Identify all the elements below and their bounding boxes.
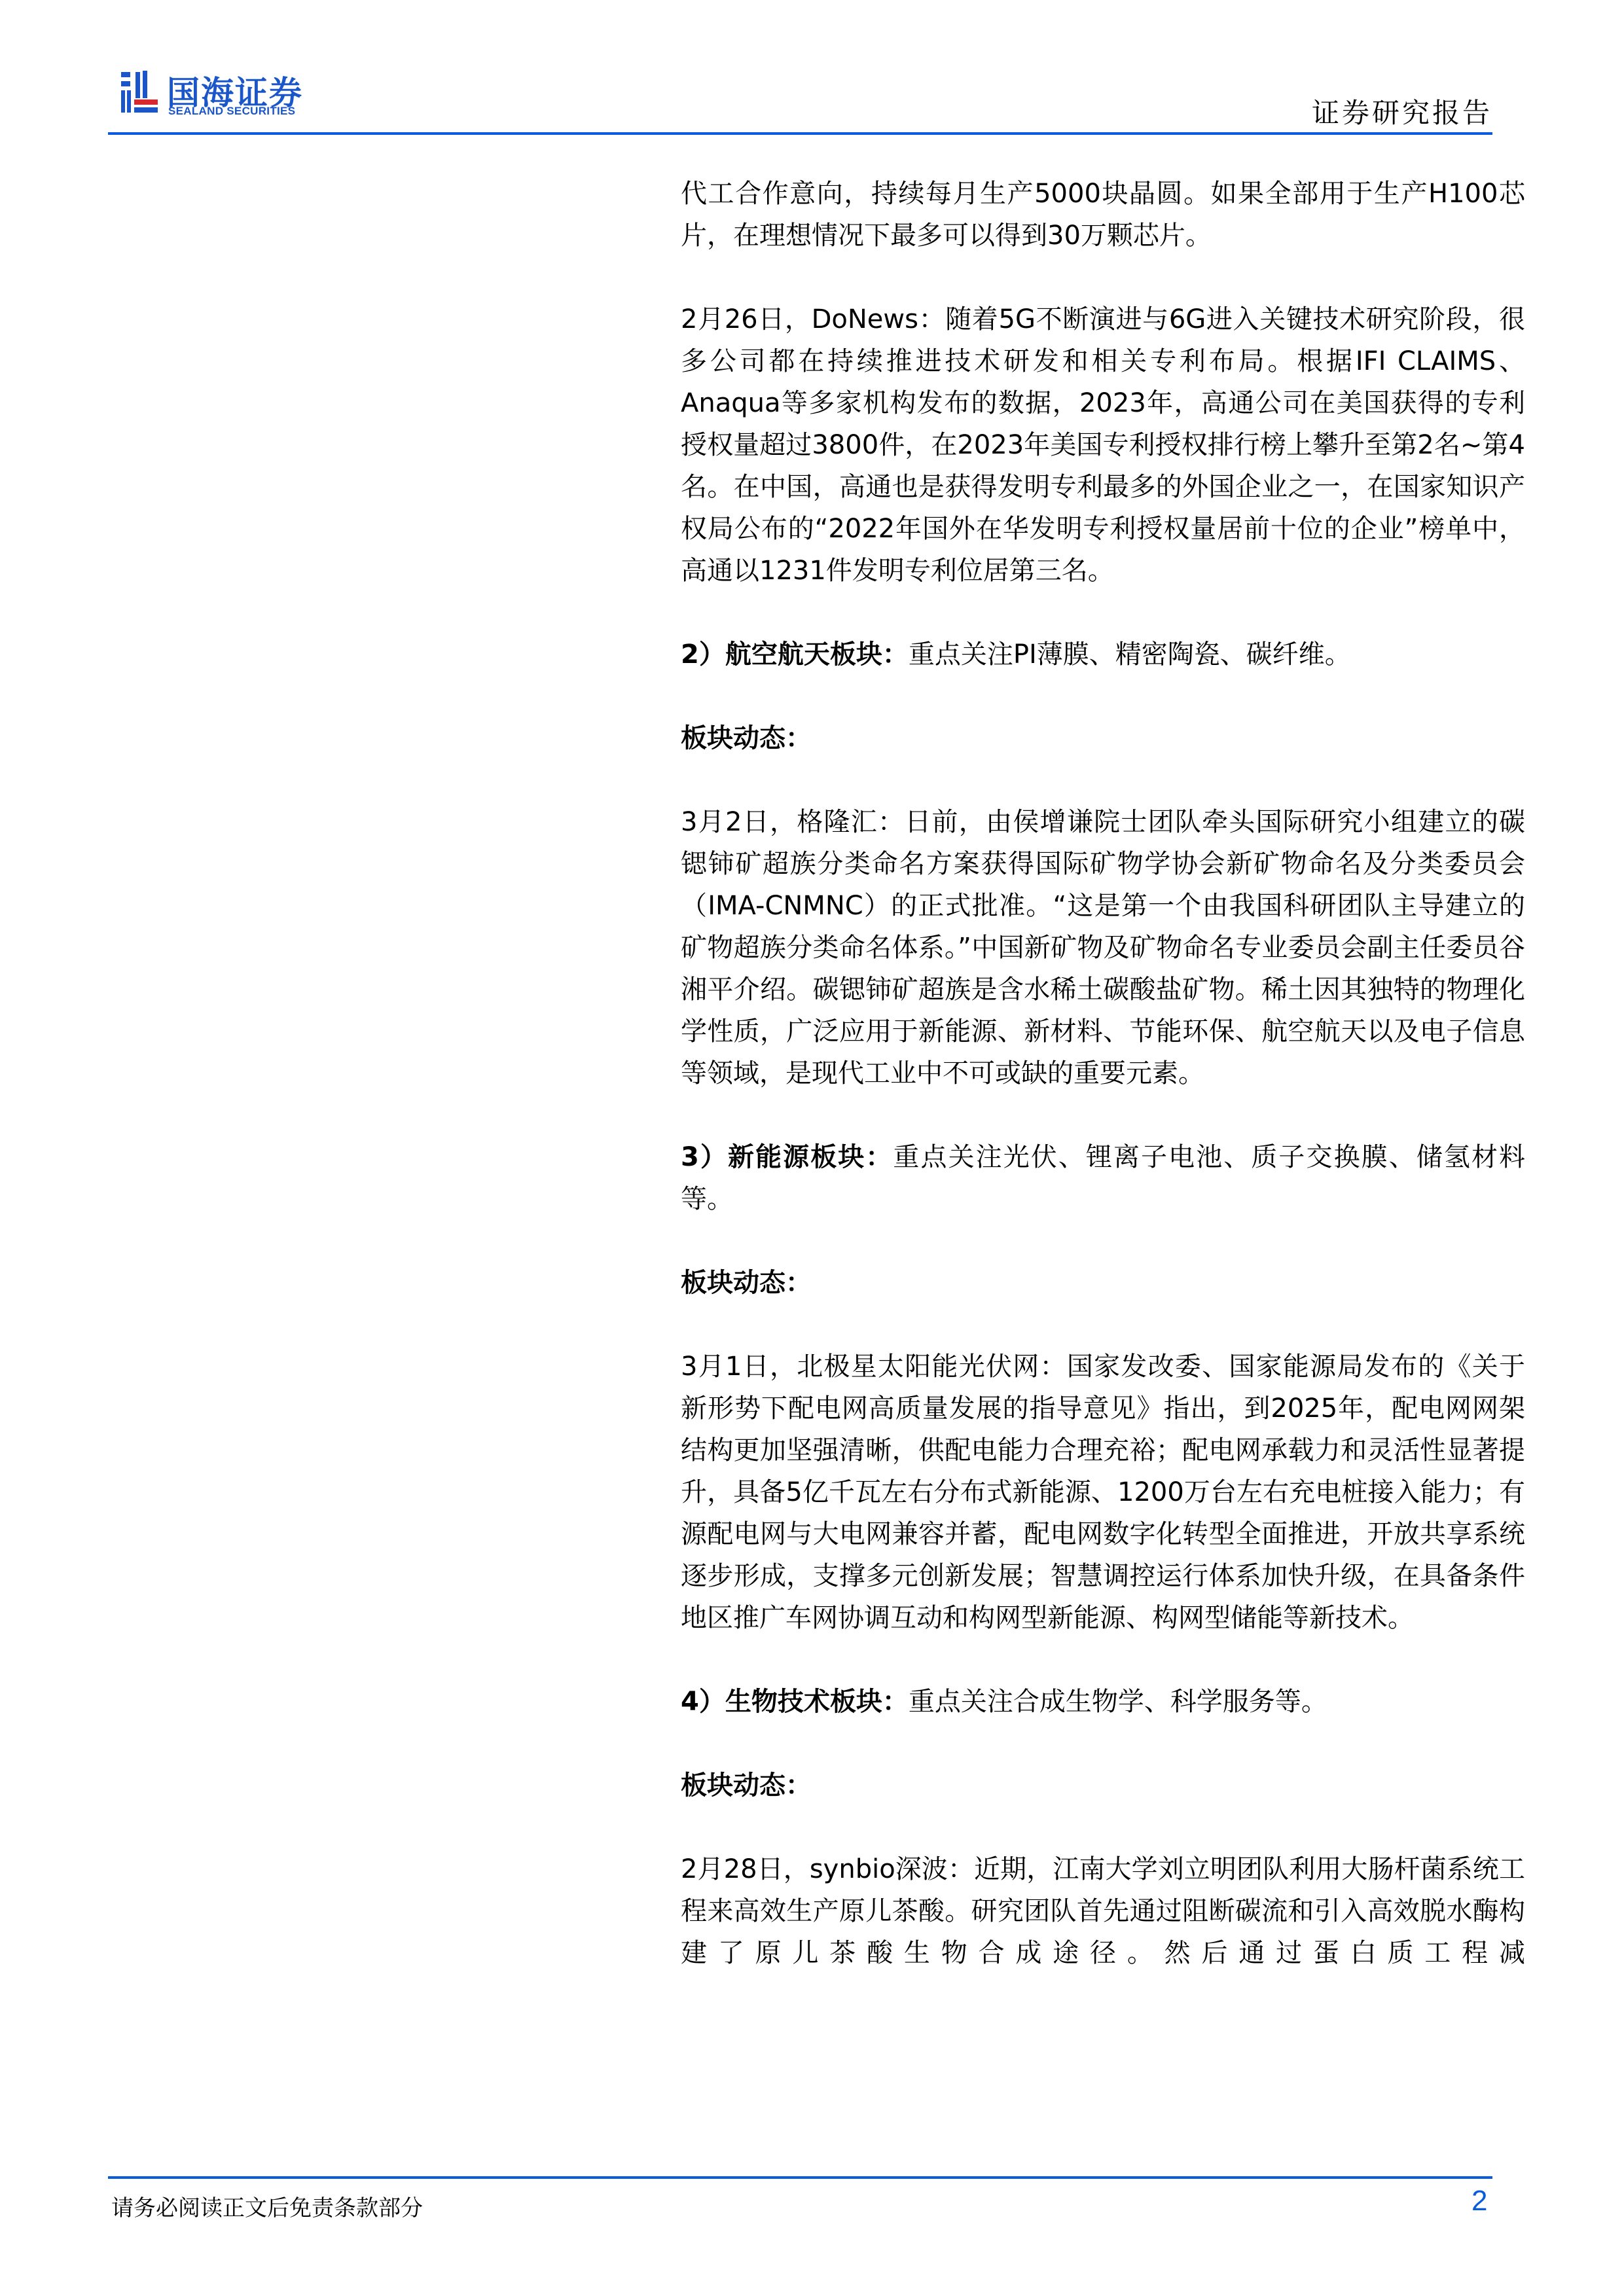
sector-dynamics-heading: 板块动态： (681, 1765, 1525, 1806)
sector-heading: 4）生物技术板块： (681, 1687, 909, 1717)
sector-heading: 2）航空航天板块： (681, 639, 909, 670)
sector-focus: 重点关注PI薄膜、精密陶瓷、碳纤维。 (909, 639, 1351, 670)
sector-dynamics-heading: 板块动态： (681, 717, 1525, 759)
company-logo: 国海证券 SEALAND SECURITIES (108, 71, 416, 123)
footer-divider (108, 2176, 1492, 2179)
report-body: 代工合作意向，持续每月生产5000块晶圆。如果全部用于生产H100芯片，在理想情… (681, 173, 1525, 2016)
logo-english-name: SEALAND SECURITIES (168, 105, 295, 118)
sector-new-energy: 3）新能源板块：重点关注光伏、锂离子电池、质子交换膜、储氢材料等。 (681, 1136, 1525, 1220)
sector-biotech: 4）生物技术板块：重点关注合成生物学、科学服务等。 (681, 1681, 1525, 1723)
report-type-title: 证券研究报告 (1312, 92, 1492, 131)
paragraph: 3月1日，北极星太阳能光伏网：国家发改委、国家能源局发布的《关于新形势下配电网高… (681, 1346, 1525, 1639)
disclaimer-note: 请务必阅读正文后免责条款部分 (111, 2190, 423, 2222)
paragraph: 2月28日，synbio深波：近期，江南大学刘立明团队利用大肠杆菌系统工程来高效… (681, 1848, 1525, 1974)
sector-aerospace: 2）航空航天板块：重点关注PI薄膜、精密陶瓷、碳纤维。 (681, 634, 1525, 675)
paragraph: 2月26日，DoNews：随着5G不断演进与6G进入关键技术研究阶段，很多公司都… (681, 298, 1525, 592)
page-number: 2 (1471, 2185, 1487, 2217)
paragraph: 代工合作意向，持续每月生产5000块晶圆。如果全部用于生产H100芯片，在理想情… (681, 173, 1525, 257)
paragraph: 3月2日，格隆汇：日前，由侯增谦院士团队牵头国际研究小组建立的碳锶铈矿超族分类命… (681, 801, 1525, 1094)
header-divider (108, 132, 1492, 135)
page-header: 国海证券 SEALAND SECURITIES 证券研究报告 (108, 65, 1492, 137)
sealand-logo-icon (121, 71, 158, 114)
sector-dynamics-heading: 板块动态： (681, 1262, 1525, 1304)
sector-focus: 重点关注合成生物学、科学服务等。 (909, 1687, 1327, 1717)
sector-heading: 3）新能源板块： (681, 1142, 893, 1172)
